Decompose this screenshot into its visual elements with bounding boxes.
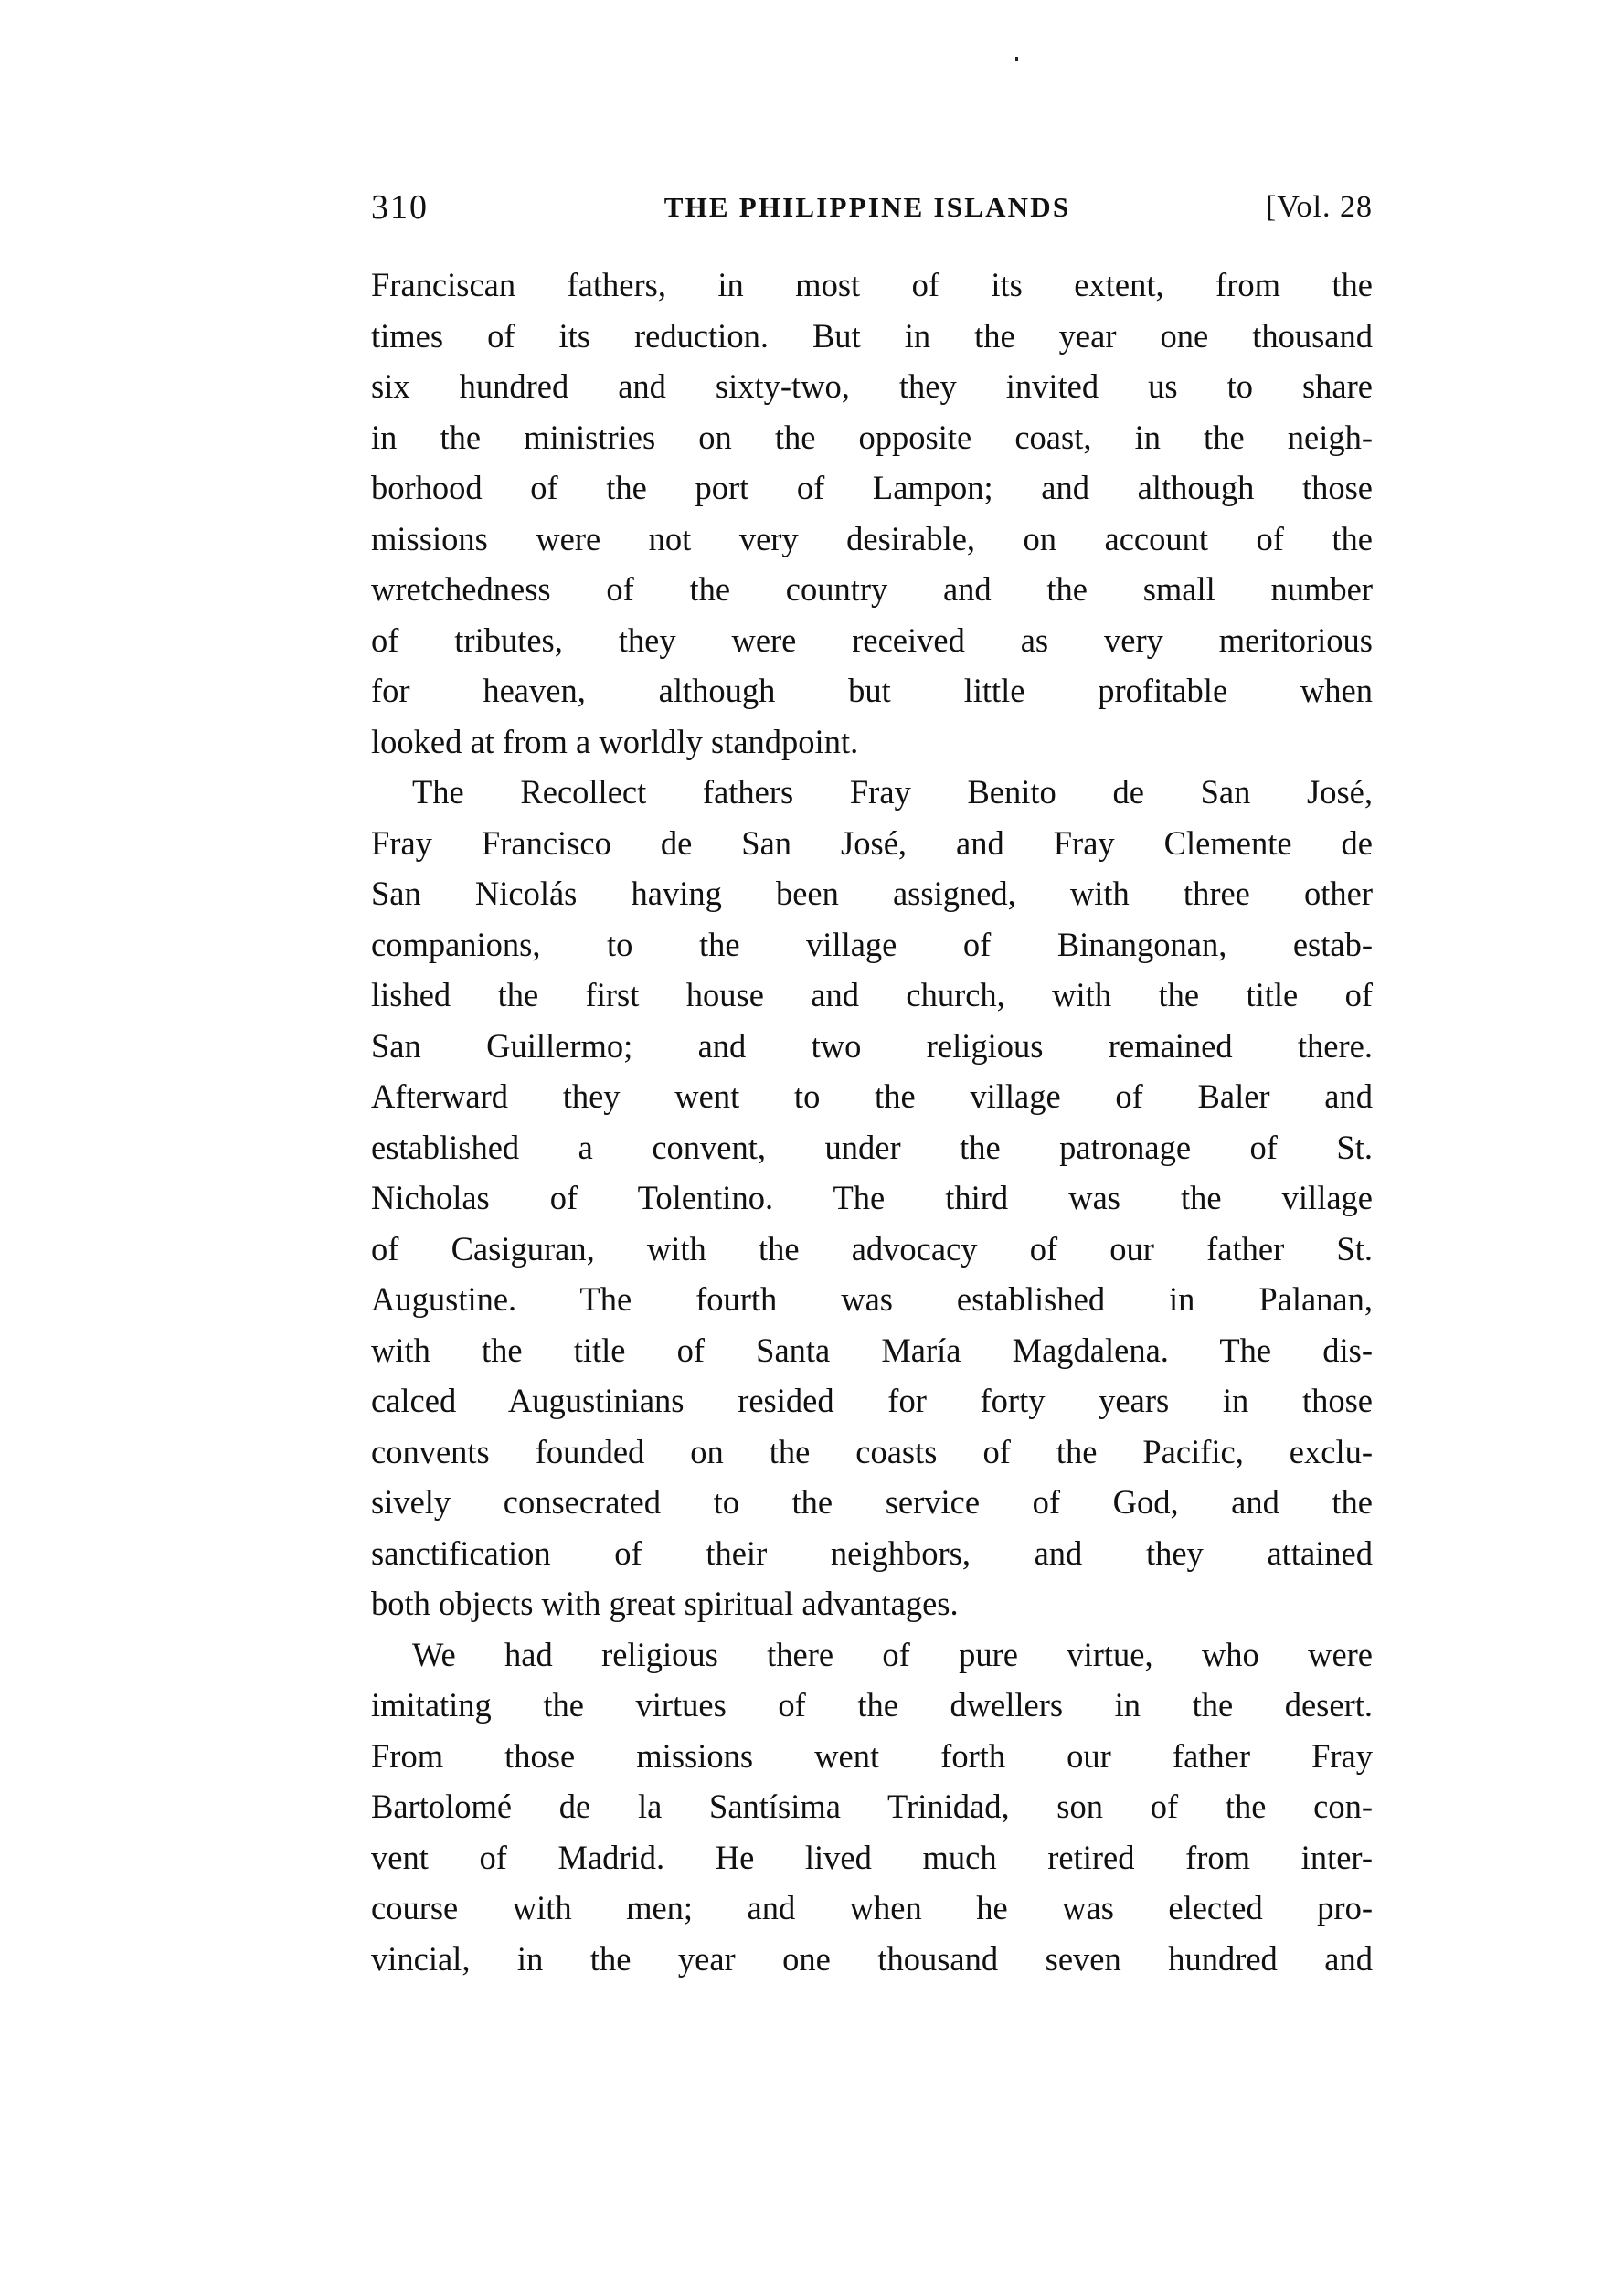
text-line: established a convent, under the patrona… [371,1122,1373,1173]
text-line: Afterward they went to the village of Ba… [371,1071,1373,1122]
text-line: sanctification of their neighbors, and t… [371,1528,1373,1579]
text-line: imitating the virtues of the dwellers in… [371,1680,1373,1731]
text-line: of Casiguran, with the advocacy of our f… [371,1224,1373,1275]
volume-label: [Vol. 28 [1266,185,1373,230]
text-line: lished the first house and church, with … [371,970,1373,1021]
text-line: borhood of the port of Lampon; and altho… [371,462,1373,514]
text-line: calced Augustinians resided for forty ye… [371,1375,1373,1427]
text-line: with the title of Santa María Magdalena.… [371,1325,1373,1376]
text-line: San Guillermo; and two religious remaine… [371,1021,1373,1072]
running-title: THE PHILIPPINE ISLANDS [625,185,1109,230]
text-line: companions, to the village of Binangonan… [371,919,1373,971]
text-line: From those missions went forth our fathe… [371,1731,1373,1782]
text-line: Fray Francisco de San José, and Fray Cle… [371,818,1373,869]
text-line: in the ministries on the opposite coast,… [371,412,1373,463]
text-line: both objects with great spiritual advant… [371,1578,1373,1629]
scan-speck [1015,57,1018,61]
text-line: for heaven, although but little profitab… [371,665,1373,716]
text-line: times of its reduction. But in the year … [371,311,1373,362]
text-line: sively consecrated to the service of God… [371,1477,1373,1528]
text-line: vincial, in the year one thousand seven … [371,1934,1373,1985]
text-line: San Nicolás having been assigned, with t… [371,868,1373,919]
body-text: Franciscan fathers, in most of its exten… [371,260,1373,1984]
text-line: Nicholas of Tolentino. The third was the… [371,1172,1373,1224]
text-line: of tributes, they were received as very … [371,615,1373,666]
text-line: wretchedness of the country and the smal… [371,564,1373,615]
page-number: 310 [371,185,429,230]
running-head: 310 THE PHILIPPINE ISLANDS [Vol. 28 [371,185,1373,230]
text-line: Franciscan fathers, in most of its exten… [371,260,1373,311]
text-line: looked at from a worldly standpoint. [371,716,1373,768]
text-line: vent of Madrid. He lived much retired fr… [371,1832,1373,1883]
text-line: course with men; and when he was elected… [371,1883,1373,1934]
text-line: six hundred and sixty-two, they invited … [371,361,1373,412]
paragraph-first-line: We had religious there of pure virtue, w… [371,1629,1373,1681]
text-line: Augustine. The fourth was established in… [371,1274,1373,1325]
text-line: convents founded on the coasts of the Pa… [371,1427,1373,1478]
text-line: Bartolomé de la Santísima Trinidad, son … [371,1781,1373,1832]
text-line: missions were not very desirable, on acc… [371,514,1373,565]
paragraph-first-line: The Recollect fathers Fray Benito de San… [371,767,1373,818]
